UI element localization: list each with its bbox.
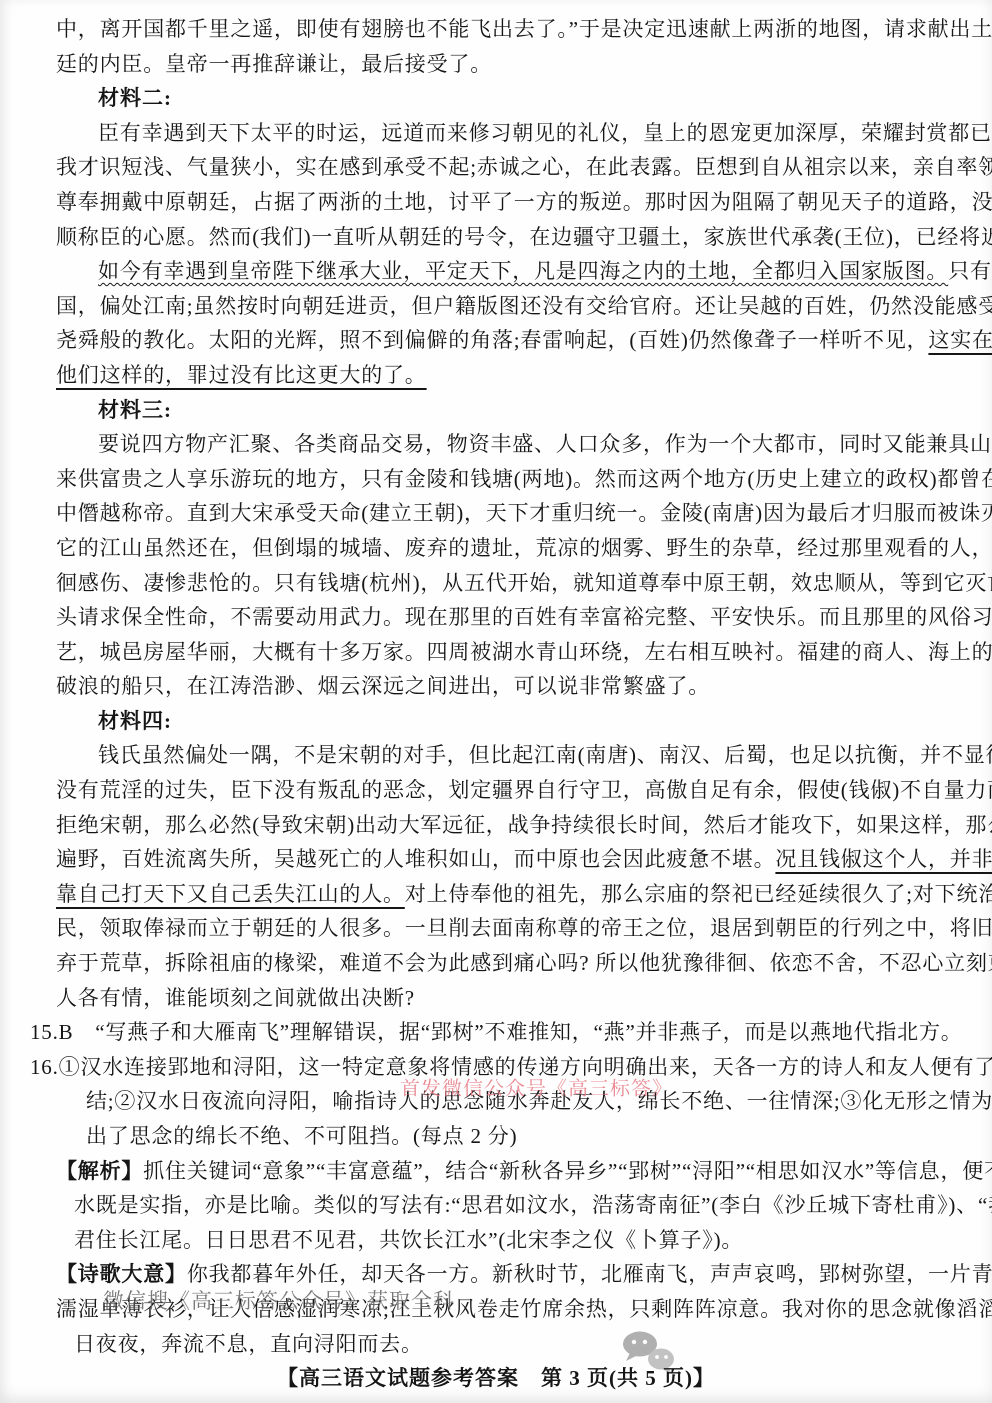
text-line: 中，离开国都千里之遥，即使有翅膀也不能飞出去了。”于是决定迅速献上两浙的地图，请…: [56, 12, 958, 47]
text-line: 材料二:: [56, 81, 958, 116]
text-line: 靠自己打天下又自己丢失江山的人。对上侍奉他的祖先，那么宗庙的祭祀已经延续很久了;…: [56, 877, 958, 912]
text-line: 君住长江尾。日日思君不见君，共饮长江水”(北宋李之仪《卜算子》)。: [74, 1223, 958, 1258]
watermark-gray: 微信搜《高三标答公众号》获取全科: [103, 1285, 455, 1315]
text-line: 国，偏处江南;虽然按时向朝廷进贡，但户籍版图还没有交给官府。还让吴越的百姓，仍然…: [56, 289, 958, 324]
text-line: 我才识短浅、气量狭小，实在感到承受不起;赤诚之心，在此表露。臣想到自从祖宗以来，…: [56, 150, 958, 185]
text-line: 尧舜般的教化。太阳的光辉，照不到偏僻的角落;春雷响起，(百姓)仍然像聋子一样听不…: [56, 323, 958, 358]
text-line: 头请求保全性命，不需要动用武力。现在那里的百姓有幸富裕完整、平安快乐。而且那里的…: [56, 600, 958, 635]
text-line: 他们这样的，罪过没有比这更大的了。: [56, 358, 958, 393]
text-line: 拒绝宋朝，那么必然(导致宋朝)出动大军远征，战争持续很长时间，然后才能攻下，如果…: [56, 808, 958, 843]
text-line: 民，领取俸禄而立于朝廷的人很多。一旦削去面南称尊的帝王之位，退居到朝臣的行列之中…: [56, 911, 958, 946]
text-line: 15.B “写燕子和大雁南飞”理解错误，据“郢树”不难推知，“燕”并非燕子，而是…: [30, 1015, 958, 1050]
page-footer: 【高三语文试题参考答案 第 3 页(共 5 页)】: [0, 1362, 992, 1392]
text-line: 弃于荒草，拆除祖庙的椽梁，难道不会为此感到痛心吗? 所以他犹豫徘徊、依恋不舍，不…: [56, 946, 958, 981]
text-line: 要说四方物产汇聚、各类商品交易，物资丰盛、人口众多，作为一个大都市，同时又能兼具…: [56, 427, 958, 462]
text-line: 出了思念的绵长不绝、不可阻挡。(每点 2 分): [86, 1119, 958, 1154]
answer-sheet-text: 中，离开国都千里之遥，即使有翅膀也不能飞出去了。”于是决定迅速献上两浙的地图，请…: [56, 12, 958, 1361]
text-line: 人各有情，谁能顷刻之间就做出决断?: [56, 981, 958, 1016]
text-line: 材料四:: [56, 704, 958, 739]
text-line: 尊奉拥戴中原朝廷，占据了两浙的土地，讨平了一方的叛逆。那时因为阻隔了朝见天子的道…: [56, 185, 958, 220]
text-line: 中僭越称帝。直到大宋承受天命(建立王朝)，天下才重归统一。金陵(南唐)因为最后才…: [56, 496, 958, 531]
text-line: 【解析】抓住关键词“意象”“丰富意蕴”，结合“新秋各异乡”“郢树”“浔阳”“相思…: [56, 1154, 958, 1189]
text-line: 钱氏虽然偏处一隅，不是宋朝的对手，但比起江南(南唐)、南汉、后蜀，也足以抗衡，并…: [56, 738, 958, 773]
text-line: 破浪的船只，在江涛浩渺、烟云深远之间进出，可以说非常繁盛了。: [56, 669, 958, 704]
text-line: 遍野，百姓流离失所，吴越死亡的人堆积如山，而中原也会因此疲惫不堪。况且钱俶这个人…: [56, 842, 958, 877]
text-line: 徊感伤、凄惨悲怆的。只有钱塘(杭州)，从五代开始，就知道尊奉中原王朝，效忠顺从，…: [56, 566, 958, 601]
text-line: 廷的内臣。皇帝一再推辞谦让，最后接受了。: [56, 47, 958, 82]
text-line: 如今有幸遇到皇帝陛下继承大业，平定天下，凡是四海之内的土地，全都归入国家版图。只…: [56, 254, 958, 289]
watermark-red: 首发微信公众号《高三标答》: [400, 1073, 673, 1101]
text-line: 来供富贵之人享乐游玩的地方，只有金陵和钱塘(两地)。然而这两个地方(历史上建立的…: [56, 462, 958, 497]
answer-sheet-page: 中，离开国都千里之遥，即使有翅膀也不能飞出去了。”于是决定迅速献上两浙的地图，请…: [0, 0, 992, 1403]
text-line: 材料三:: [56, 393, 958, 428]
text-line: 艺，城邑房屋华丽，大概有十多万家。四周被湖水青山环绕，左右相互映衬。福建的商人、…: [56, 635, 958, 670]
text-line: 它的江山虽然还在，但倒塌的城墙、废弃的遗址，荒凉的烟雾、野生的杂草，经过那里观看…: [56, 531, 958, 566]
text-line: 没有荒淫的过失，臣下没有叛乱的恶念，划定疆界自行守卫，高傲自足有余，假使(钱俶)…: [56, 773, 958, 808]
text-line: 水既是实指，亦是比喻。类似的写法有:“思君如汶水，浩荡寄南征”(李白《沙丘城下寄…: [74, 1188, 958, 1223]
text-line: 臣有幸遇到天下太平的时运，远道而来修习朝见的礼仪，皇上的恩宠更加深厚，荣耀封赏都…: [56, 116, 958, 151]
text-line: 日夜夜，奔流不息，直向浔阳而去。: [74, 1327, 958, 1362]
text-line: 顺称臣的心愿。然而(我们)一直听从朝廷的号令，在边疆守卫疆土，家族世代承袭(王位…: [56, 220, 958, 255]
